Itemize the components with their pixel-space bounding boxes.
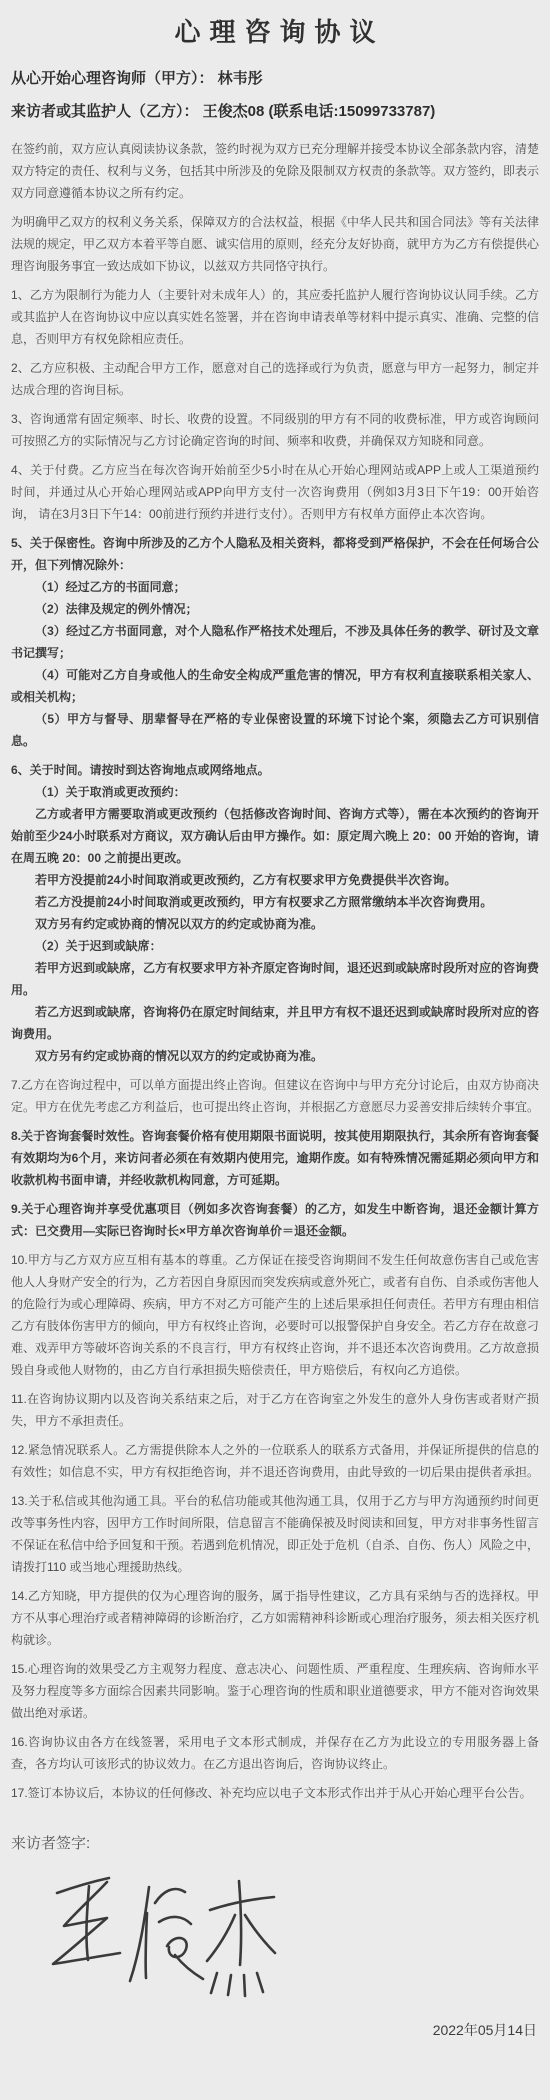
agreement-paragraph: 2、乙方应积极、主动配合甲方工作，愿意对自己的选择或行为负责，愿意与甲方一起努力…	[11, 357, 539, 401]
agreement-paragraph: 14.乙方知晓，甲方提供的仅为心理咨询的服务，属于指导性建议，乙方具有采纳与否的…	[11, 1585, 539, 1651]
agreement-paragraph: （4）可能对乙方自身或他人的生命安全构成严重危害的情况，甲方有权利直接联系相关家…	[11, 664, 539, 708]
agreement-paragraph: 5、关于保密性。咨询中所涉及的乙方个人隐私及相关资料，都将受到严格保护，不会在任…	[11, 532, 539, 576]
agreement-paragraph: （2）关于迟到或缺席：	[11, 935, 539, 957]
agreement-paragraph: （2）法律及规定的例外情况；	[11, 598, 539, 620]
agreement-paragraph: 在签约前，双方应认真阅读协议条款，签约时视为双方已充分理解并接受本协议全部条款内…	[11, 138, 539, 204]
agreement-paragraph: （5）甲方与督导、朋辈督导在严格的专业保密设置的环境下讨论个案，须隐去乙方可识别…	[11, 708, 539, 752]
agreement-paragraph: 12.紧急情况联系人。乙方需提供除本人之外的一位联系人的联系方式备用，并保证所提…	[11, 1439, 539, 1483]
party-a-label: 从心开始心理咨询师（甲方）：	[11, 70, 214, 87]
agreement-paragraph: 乙方或者甲方需要取消或更改预约（包括修改咨询时间、咨询方式等），需在本次预约的咨…	[11, 803, 539, 869]
agreement-paragraph: 7.乙方在咨询过程中，可以单方面提出终止咨询。但建议在咨询中与甲方充分讨论后，由…	[11, 1074, 539, 1118]
agreement-body: 在签约前，双方应认真阅读协议条款，签约时视为双方已充分理解并接受本协议全部条款内…	[11, 138, 539, 1804]
party-a-line: 从心开始心理咨询师（甲方）： 林韦彤	[11, 69, 539, 89]
agreement-paragraph: 若乙方没提前24小时间取消或更改预约，甲方有权要求乙方照常缴纳本半次咨询费用。	[11, 891, 539, 913]
agreement-paragraph: （3）经过乙方书面同意，对个人隐私作严格技术处理后，不涉及具体任务的教学、研讨及…	[11, 620, 539, 664]
agreement-paragraph: 双方另有约定或协商的情况以双方的约定或协商为准。	[11, 1045, 539, 1067]
agreement-paragraph: 11.在咨询协议期内以及咨询关系结束之后，对于乙方在咨询室之外发生的意外人身伤害…	[11, 1388, 539, 1432]
agreement-paragraph: 为明确甲乙双方的权利义务关系，保障双方的合法权益，根据《中华人民共和国合同法》等…	[11, 211, 539, 277]
agreement-paragraph: 3、咨询通常有固定频率、时长、收费的设置。不同级别的甲方有不同的收费标准，甲方或…	[11, 408, 539, 452]
document-title: 心理咨询协议	[11, 12, 539, 49]
party-a-name: 林韦彤	[214, 70, 263, 87]
signature-label: 来访者签字:	[11, 1832, 539, 1853]
agreement-paragraph: 若甲方迟到或缺席，乙方有权要求甲方补齐原定咨询时间，退还迟到或缺席时段所对应的咨…	[11, 957, 539, 1001]
agreement-paragraph: 若乙方迟到或缺席，咨询将仍在原定时间结束，并且甲方有权不退还迟到或缺席时段所对应…	[11, 1001, 539, 1045]
party-b-name: 王俊杰08 (联系电话:15099733787)	[199, 103, 436, 120]
agreement-paragraph: 9.关于心理咨询并享受优惠项目（例如多次咨询套餐）的乙方，如发生中断咨询，退还金…	[11, 1198, 539, 1242]
agreement-paragraph: 10.甲方与乙方双方应互相有基本的尊重。乙方保证在接受咨询期间不发生任何故意伤害…	[11, 1249, 539, 1381]
agreement-paragraph: 17.签订本协议后，本协议的任何修改、补充均应以电子文本形式作出并于从心开始心理…	[11, 1782, 539, 1804]
signature-date: 2022年05月14日	[11, 2020, 537, 2040]
agreement-paragraph: 若甲方没提前24小时间取消或更改预约，乙方有权要求甲方免费提供半次咨询。	[11, 869, 539, 891]
signature-handwriting	[43, 1869, 283, 2004]
agreement-paragraph: 13.关于私信或其他沟通工具。平台的私信功能或其他沟通工具，仅用于乙方与甲方沟通…	[11, 1490, 539, 1578]
agreement-paragraph: 15.心理咨询的效果受乙方主观努力程度、意志决心、问题性质、严重程度、生理疾病、…	[11, 1658, 539, 1724]
agreement-paragraph: 4、关于付费。乙方应当在每次咨询开始前至少5小时在从心开始心理网站或APP上或人…	[11, 459, 539, 525]
agreement-paragraph: 6、关于时间。请按时到达咨询地点或网络地点。	[11, 759, 539, 781]
agreement-paragraph: 16.咨询协议由各方在线签署，采用电子文本形式制成，并保存在乙方为此设立的专用服…	[11, 1731, 539, 1775]
agreement-paragraph: 1、乙方为限制行为能力人（主要针对未成年人）的，其应委托监护人履行咨询协议认同手…	[11, 284, 539, 350]
agreement-document: 心理咨询协议 从心开始心理咨询师（甲方）： 林韦彤 来访者或其监护人（乙方）： …	[0, 0, 550, 2100]
agreement-paragraph: 双方另有约定或协商的情况以双方的约定或协商为准。	[11, 913, 539, 935]
party-b-line: 来访者或其监护人（乙方）： 王俊杰08 (联系电话:15099733787)	[11, 102, 539, 122]
agreement-paragraph: （1）经过乙方的书面同意；	[11, 576, 539, 598]
agreement-paragraph: （1）关于取消或更改预约：	[11, 781, 539, 803]
party-b-label: 来访者或其监护人（乙方）：	[11, 103, 199, 120]
agreement-paragraph: 8.关于咨询套餐时效性。咨询套餐价格有使用期限书面说明，按其使用期限执行，其余所…	[11, 1125, 539, 1191]
